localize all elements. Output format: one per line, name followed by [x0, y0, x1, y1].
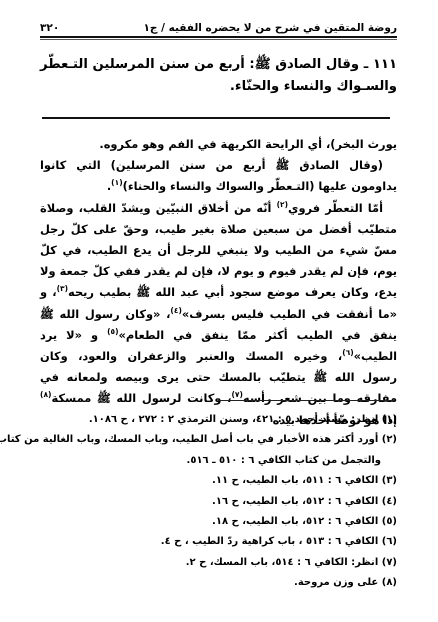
footnote-ref[interactable]: (٣) — [57, 285, 68, 294]
hadith-text: ١١١ ـ وقال الصادق ﷺ: أربع من سنن المرسلي… — [40, 54, 397, 98]
paragraph-text: أمّا التعطّر فروي — [288, 201, 383, 215]
footnote-text: الكافي ٦ : ٥١٣ ، باب كراهية ردّ الطيب ، … — [161, 536, 378, 547]
book-page: روضة المتقين في شرح من لا يحضره الفقيه /… — [0, 0, 438, 622]
footnote-item: (٣) الكافي ٦ : ٥١١، باب الطيب، ح ١١. — [40, 471, 397, 491]
footnote-item: (٦) الكافي ٦ : ٥١٣ ، باب كراهية ردّ الطي… — [40, 532, 397, 552]
footnote-text: الكافي ٦ : ٥١٢، باب الطيب، ح ١٨. — [212, 516, 378, 527]
footnote-ref[interactable]: (٥) — [107, 327, 118, 336]
footnote-number: (٨) — [378, 577, 397, 588]
footnote-text: الكافي ٦ : ٥١٢، باب الطيب، ح ١٦. — [212, 496, 378, 507]
footnote-continuation: والتجمل من كتاب الكافي ٦ : ٥١٠ ـ ٥١٦. — [40, 451, 397, 471]
footnotes: (١) انظر: مسند أحمد ٥ : ٤٢١، وسنن الترمذ… — [40, 410, 397, 594]
footnote-number: (٢) — [378, 434, 397, 445]
header-rule-thin — [40, 39, 397, 40]
footnote-ref[interactable]: (٨) — [40, 391, 51, 400]
footnote-ref[interactable]: (١) — [111, 179, 122, 188]
paragraph-text: أنّه من أخلاق النبيّين ويشدّ القلب، وصلا… — [40, 201, 397, 300]
paragraph-text: (وقال الصادق ﷺ أربع من سنن المرسلين) الت… — [40, 158, 397, 193]
commentary-paragraph: (وقال الصادق ﷺ أربع من سنن المرسلين) الت… — [40, 155, 397, 197]
footnote-number: (٤) — [378, 496, 397, 507]
footnote-text: انظر: الكافي ٦ : ٥١٤، باب المسك، ح ٢. — [186, 557, 379, 568]
footnote-text: على وزن مروحة. — [294, 577, 378, 588]
running-header: روضة المتقين في شرح من لا يحضره الفقيه /… — [40, 22, 397, 36]
footnote-number: (٣) — [378, 475, 397, 486]
footnote-item: (٨) على وزن مروحة. — [40, 573, 397, 593]
commentary-paragraph: أمّا التعطّر فروي(٢) أنّه من أخلاق النبي… — [40, 198, 397, 431]
footnote-ref[interactable]: (٤) — [170, 306, 181, 315]
footnote-number: (٦) — [378, 536, 397, 547]
footnote-text: أورد أكثر هذه الأخبار في باب أصل الطيب، … — [0, 434, 378, 445]
paragraph-text: ، وكانت لرسول الله ﷺ ممسكة — [51, 391, 231, 405]
footnote-divider — [218, 400, 395, 401]
hadith-separator — [42, 117, 390, 119]
footnote-text: الكافي ٦ : ٥١١، باب الطيب، ح ١١. — [212, 475, 378, 486]
footnote-number: (١) — [378, 414, 397, 425]
footnote-ref[interactable]: (٢) — [277, 200, 288, 209]
footnote-item: (٥) الكافي ٦ : ٥١٢، باب الطيب، ح ١٨. — [40, 512, 397, 532]
commentary: يورث البخر)، أي الرايحة الكريهة في الفم … — [40, 134, 397, 431]
footnote-ref[interactable]: (٦) — [342, 348, 353, 357]
page-number: ٣٢٠ — [40, 22, 59, 34]
footnote-item: (٢) أورد أكثر هذه الأخبار في باب أصل الط… — [40, 430, 397, 450]
book-title: روضة المتقين في شرح من لا يحضره الفقيه /… — [143, 22, 397, 34]
footnote-text: انظر: مسند أحمد ٥ : ٤٢١، وسنن الترمذي ٢ … — [89, 414, 378, 425]
footnote-number: (٧) — [378, 557, 397, 568]
footnote-item: (١) انظر: مسند أحمد ٥ : ٤٢١، وسنن الترمذ… — [40, 410, 397, 430]
footnote-item: (٤) الكافي ٦ : ٥١٢، باب الطيب، ح ١٦. — [40, 492, 397, 512]
footnote-ref[interactable]: (٧) — [231, 391, 242, 400]
header-rule — [40, 36, 397, 38]
footnote-number: (٥) — [378, 516, 397, 527]
footnote-item: (٧) انظر: الكافي ٦ : ٥١٤، باب المسك، ح ٢… — [40, 553, 397, 573]
commentary-paragraph: يورث البخر)، أي الرايحة الكريهة في الفم … — [40, 134, 397, 155]
